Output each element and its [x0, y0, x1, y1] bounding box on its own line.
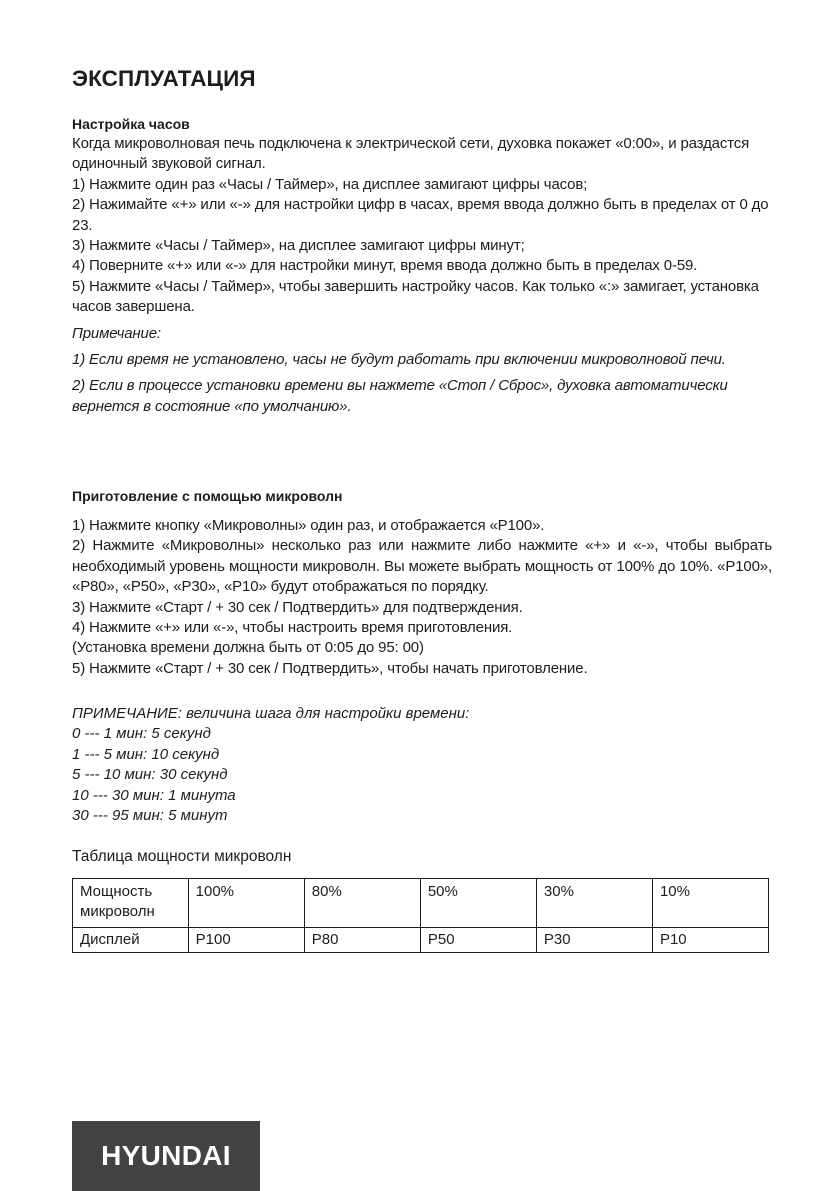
time-step-item: 5 --- 10 мин: 30 секунд — [72, 765, 772, 785]
clock-step-5: 5) Нажмите «Часы / Таймер», чтобы заверш… — [72, 277, 772, 318]
table-row: Мощность микроволн 100% 80% 50% 30% 10% — [73, 879, 769, 928]
row-header: Дисплей — [73, 928, 189, 953]
clock-step-4: 4) Поверните «+» или «-» для настройки м… — [72, 256, 772, 276]
clock-note-1: 1) Если время не установлено, часы не бу… — [72, 350, 772, 370]
microwave-step-1: 1) Нажмите кнопку «Микроволны» один раз,… — [72, 516, 772, 536]
brand-logo: HYUNDAI — [72, 1121, 260, 1191]
clock-step-2: 2) Нажимайте «+» или «-» для настройки ц… — [72, 195, 772, 236]
table-cell: P100 — [188, 928, 304, 953]
time-step-note: ПРИМЕЧАНИЕ: величина шага для настройки … — [72, 704, 772, 826]
clock-step-3: 3) Нажмите «Часы / Таймер», на дисплее з… — [72, 236, 772, 256]
table-cell: P50 — [420, 928, 536, 953]
time-step-item: 0 --- 1 мин: 5 секунд — [72, 724, 772, 744]
time-step-item: 10 --- 30 мин: 1 минута — [72, 786, 772, 806]
clock-setup-intro: Когда микроволновая печь подключена к эл… — [72, 134, 772, 175]
microwave-step-4: 4) Нажмите «+» или «-», чтобы настроить … — [72, 618, 772, 638]
clock-step-1: 1) Нажмите один раз «Часы / Таймер», на … — [72, 175, 772, 195]
table-row: Дисплей P100 P80 P50 P30 P10 — [73, 928, 769, 953]
row-header: Мощность микроволн — [73, 879, 189, 928]
table-cell: P80 — [304, 928, 420, 953]
table-cell: 80% — [304, 879, 420, 928]
table-cell: P10 — [652, 928, 768, 953]
microwave-step-2: 2) Нажмите «Микроволны» несколько раз ил… — [72, 536, 772, 597]
microwave-time-range: (Установка времени должна быть от 0:05 д… — [72, 638, 772, 658]
table-cell: 30% — [536, 879, 652, 928]
power-table-caption: Таблица мощности микроволн — [72, 847, 291, 867]
time-step-note-title: ПРИМЕЧАНИЕ: величина шага для настройки … — [72, 704, 772, 724]
table-cell: 10% — [652, 879, 768, 928]
table-cell: 100% — [188, 879, 304, 928]
table-cell: 50% — [420, 879, 536, 928]
microwave-step-5: 5) Нажмите «Старт / + 30 сек / Подтверди… — [72, 659, 772, 679]
time-step-item: 30 --- 95 мин: 5 минут — [72, 806, 772, 826]
power-table: Мощность микроволн 100% 80% 50% 30% 10% … — [72, 878, 769, 953]
clock-setup-heading: Настройка часов — [72, 114, 772, 134]
microwave-cooking-heading: Приготовление с помощью микроволн — [72, 486, 772, 506]
clock-note-label: Примечание: — [72, 324, 772, 344]
page-title: ЭКСПЛУАТАЦИЯ — [72, 66, 256, 92]
clock-setup-section: Настройка часов Когда микроволновая печь… — [72, 114, 772, 417]
table-cell: P30 — [536, 928, 652, 953]
clock-note-2: 2) Если в процессе установки времени вы … — [72, 376, 772, 417]
microwave-step-3: 3) Нажмите «Старт / + 30 сек / Подтверди… — [72, 598, 772, 618]
time-step-item: 1 --- 5 мин: 10 секунд — [72, 745, 772, 765]
microwave-cooking-section: Приготовление с помощью микроволн 1) Наж… — [72, 486, 772, 679]
